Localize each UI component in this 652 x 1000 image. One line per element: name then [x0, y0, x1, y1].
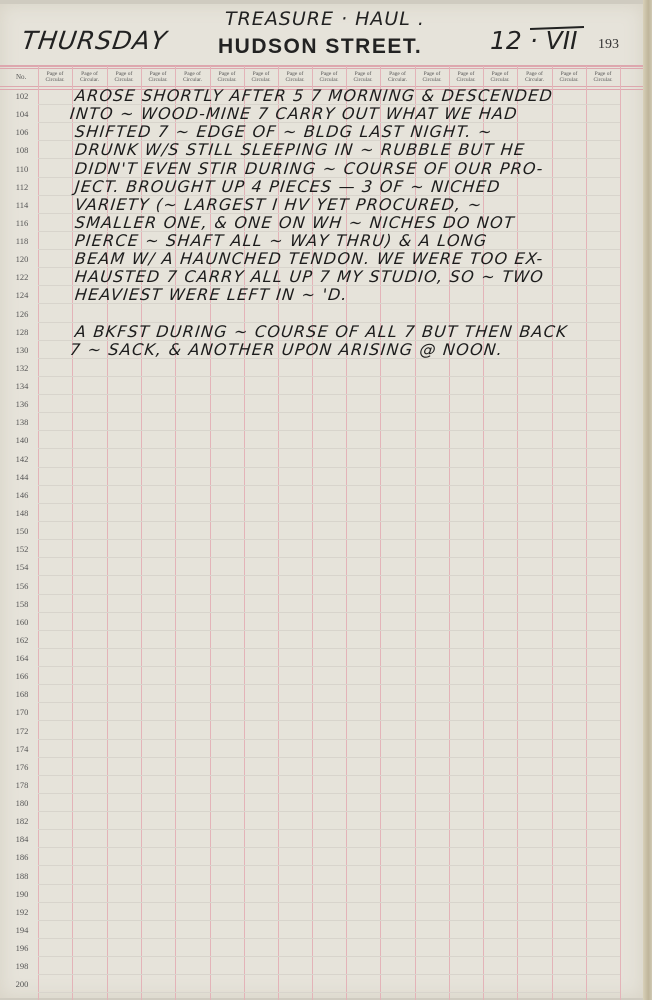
row-rule	[38, 467, 620, 468]
column-header-line2: Circular.	[552, 77, 586, 83]
row-number: 154	[8, 562, 36, 572]
row-rule	[38, 920, 620, 921]
header-top-rule	[0, 65, 643, 67]
row-number: 140	[8, 435, 36, 445]
column-rule	[38, 66, 39, 1000]
row-rule	[38, 811, 620, 812]
row-number: 148	[8, 508, 36, 518]
row-number: 116	[8, 218, 36, 228]
entry-heading: TREASURE · HAUL .	[225, 8, 425, 30]
column-header-line2: Circular.	[415, 77, 449, 83]
column-header-line2: Circular.	[517, 77, 552, 83]
column-header-line2: Circular.	[380, 77, 415, 83]
page-edge	[643, 0, 652, 1000]
column-header-page-of-circular: Page ofCircular.	[415, 71, 449, 83]
row-rule	[38, 829, 620, 830]
row-number: 120	[8, 254, 36, 264]
page-number: 193	[598, 37, 619, 53]
row-number: 176	[8, 762, 36, 772]
column-header-line2: Circular.	[346, 77, 380, 83]
row-number: 156	[8, 581, 36, 591]
row-number: 132	[8, 363, 36, 373]
column-rule	[552, 66, 553, 1000]
column-header-page-of-circular: Page ofCircular.	[107, 71, 141, 83]
row-number: 122	[8, 272, 36, 282]
entry-line: VARIETY (~ LARGEST I HV YET PROCURED, ~	[74, 195, 483, 214]
row-rule	[38, 884, 620, 885]
row-number: 128	[8, 327, 36, 337]
row-number: 184	[8, 834, 36, 844]
row-number: 146	[8, 490, 36, 500]
row-number: 200	[8, 979, 36, 989]
row-rule	[38, 739, 620, 740]
row-rule	[38, 720, 620, 721]
column-rule	[517, 66, 518, 1000]
column-header-page-of-circular: Page ofCircular.	[346, 71, 380, 83]
row-number: 178	[8, 780, 36, 790]
column-rule	[483, 66, 484, 1000]
column-header-no: No.	[16, 73, 26, 81]
column-header-line2: Circular.	[483, 77, 517, 83]
column-header-page-of-circular: Page ofCircular.	[552, 71, 586, 83]
row-number: 142	[8, 454, 36, 464]
ledger-page: THURSDAY TREASURE · HAUL . HUDSON STREET…	[0, 4, 644, 998]
column-header-page-of-circular: Page ofCircular.	[210, 71, 244, 83]
row-number: 112	[8, 182, 36, 192]
column-header-page-of-circular: Page ofCircular.	[312, 71, 346, 83]
day-of-week: THURSDAY	[20, 26, 169, 55]
column-header-page-of-circular: Page ofCircular.	[380, 71, 415, 83]
column-header-page-of-circular: Page ofCircular.	[244, 71, 278, 83]
page-header: THURSDAY TREASURE · HAUL . HUDSON STREET…	[0, 4, 643, 66]
column-header-page-of-circular: Page ofCircular.	[38, 71, 72, 83]
row-rule	[38, 648, 620, 649]
column-header-page-of-circular: Page ofCircular.	[141, 71, 175, 83]
row-rule	[38, 974, 620, 975]
row-rule	[38, 503, 620, 504]
column-header-line2: Circular.	[107, 77, 141, 83]
entry-line: DIDN'T EVEN STIR DURING ~ COURSE OF OUR …	[74, 159, 545, 178]
row-number: 144	[8, 472, 36, 482]
entry-line: BEAM W/ A HAUNCHED TENDON. WE WERE TOO E…	[74, 249, 545, 268]
row-rule	[38, 865, 620, 866]
row-number: 162	[8, 635, 36, 645]
column-header-page-of-circular: Page ofCircular.	[72, 71, 107, 83]
row-number: 136	[8, 399, 36, 409]
row-rule	[38, 594, 620, 595]
printed-title: HUDSON STREET.	[218, 35, 422, 59]
column-header-line2: Circular.	[312, 77, 346, 83]
row-number: 190	[8, 889, 36, 899]
entry-date: 12 · VII	[490, 26, 578, 55]
row-rule	[38, 956, 620, 957]
row-rule	[38, 394, 620, 395]
row-rule	[38, 575, 620, 576]
column-header-line2: Circular.	[175, 77, 210, 83]
row-rule	[38, 557, 620, 558]
row-rule	[38, 992, 620, 993]
column-header-page-of-circular: Page ofCircular.	[175, 71, 210, 83]
column-header-line2: Circular.	[244, 77, 278, 83]
row-number: 102	[8, 91, 36, 101]
column-header-page-of-circular: Page ofCircular.	[449, 71, 483, 83]
row-number: 110	[8, 164, 36, 174]
row-number: 134	[8, 381, 36, 391]
column-header-page-of-circular: Page ofCircular.	[586, 71, 620, 83]
entry-line: SHIFTED 7 ~ EDGE OF ~ BLDG LAST NIGHT. ~	[74, 122, 494, 141]
row-rule	[38, 412, 620, 413]
column-header-line2: Circular.	[586, 77, 620, 83]
column-header-line2: Circular.	[141, 77, 175, 83]
row-number: 124	[8, 290, 36, 300]
entry-line: JECT. BROUGHT UP 4 PIECES — 3 OF ~ NICHE…	[74, 177, 502, 196]
entry-line: INTO ~ WOOD-MINE 7 CARRY OUT WHAT WE HAD	[69, 104, 519, 123]
row-number: 158	[8, 599, 36, 609]
row-number: 118	[8, 236, 36, 246]
row-rule	[38, 902, 620, 903]
column-rule	[72, 66, 73, 1000]
row-rule	[38, 376, 620, 377]
row-number: 188	[8, 871, 36, 881]
row-rule	[38, 666, 620, 667]
row-number: 196	[8, 943, 36, 953]
entry-line: 7 ~ SACK, & ANOTHER UPON ARISING @ NOON.	[69, 340, 504, 359]
row-rule	[38, 521, 620, 522]
row-rule	[38, 757, 620, 758]
row-rule	[38, 630, 620, 631]
row-number: 106	[8, 127, 36, 137]
row-number: 194	[8, 925, 36, 935]
row-rule	[38, 793, 620, 794]
row-rule	[38, 775, 620, 776]
row-rule	[38, 539, 620, 540]
entry-line: AROSE SHORTLY AFTER 5 7 MORNING & DESCEN…	[74, 86, 554, 105]
row-rule	[38, 938, 620, 939]
entry-line: SMALLER ONE, & ONE ON WH ~ NICHES DO NOT	[74, 213, 516, 232]
row-number: 168	[8, 689, 36, 699]
column-header-line2: Circular.	[38, 77, 72, 83]
row-number: 130	[8, 345, 36, 355]
column-header-line2: Circular.	[449, 77, 483, 83]
row-number: 180	[8, 798, 36, 808]
row-rule	[38, 702, 620, 703]
header-top-rule-2	[0, 68, 643, 69]
column-header-page-of-circular: Page ofCircular.	[517, 71, 552, 83]
entry-line: PIERCE ~ SHAFT ALL ~ WAY THRU) & A LONG	[74, 231, 489, 250]
row-rule	[38, 448, 620, 449]
column-header-page-of-circular: Page ofCircular.	[278, 71, 312, 83]
row-number: 192	[8, 907, 36, 917]
column-rule	[586, 66, 587, 1000]
row-rule	[38, 612, 620, 613]
entry-line: HEAVIEST WERE LEFT IN ~ 'D.	[74, 285, 349, 304]
row-number: 104	[8, 109, 36, 119]
row-number: 160	[8, 617, 36, 627]
row-number: 174	[8, 744, 36, 754]
column-header-line2: Circular.	[72, 77, 107, 83]
row-number: 198	[8, 961, 36, 971]
row-number: 150	[8, 526, 36, 536]
row-number: 114	[8, 200, 36, 210]
row-number: 170	[8, 707, 36, 717]
row-number: 166	[8, 671, 36, 681]
row-rule	[38, 847, 620, 848]
row-number: 186	[8, 852, 36, 862]
entry-line: DRUNK W/S STILL SLEEPING IN ~ RUBBLE BUT…	[74, 140, 526, 159]
row-number: 164	[8, 653, 36, 663]
row-number: 172	[8, 726, 36, 736]
column-rule	[620, 66, 621, 1000]
row-number: 108	[8, 145, 36, 155]
row-number: 182	[8, 816, 36, 826]
entry-line: A BKFST DURING ~ COURSE OF ALL 7 BUT THE…	[74, 322, 569, 341]
row-number: 138	[8, 417, 36, 427]
row-number: 152	[8, 544, 36, 554]
column-header-page-of-circular: Page ofCircular.	[483, 71, 517, 83]
row-rule	[38, 430, 620, 431]
row-number: 126	[8, 309, 36, 319]
column-header-line2: Circular.	[278, 77, 312, 83]
entry-line: HAUSTED 7 CARRY ALL UP 7 MY STUDIO, SO ~…	[74, 267, 545, 286]
row-rule	[38, 684, 620, 685]
row-rule	[38, 485, 620, 486]
column-header-line2: Circular.	[210, 77, 244, 83]
